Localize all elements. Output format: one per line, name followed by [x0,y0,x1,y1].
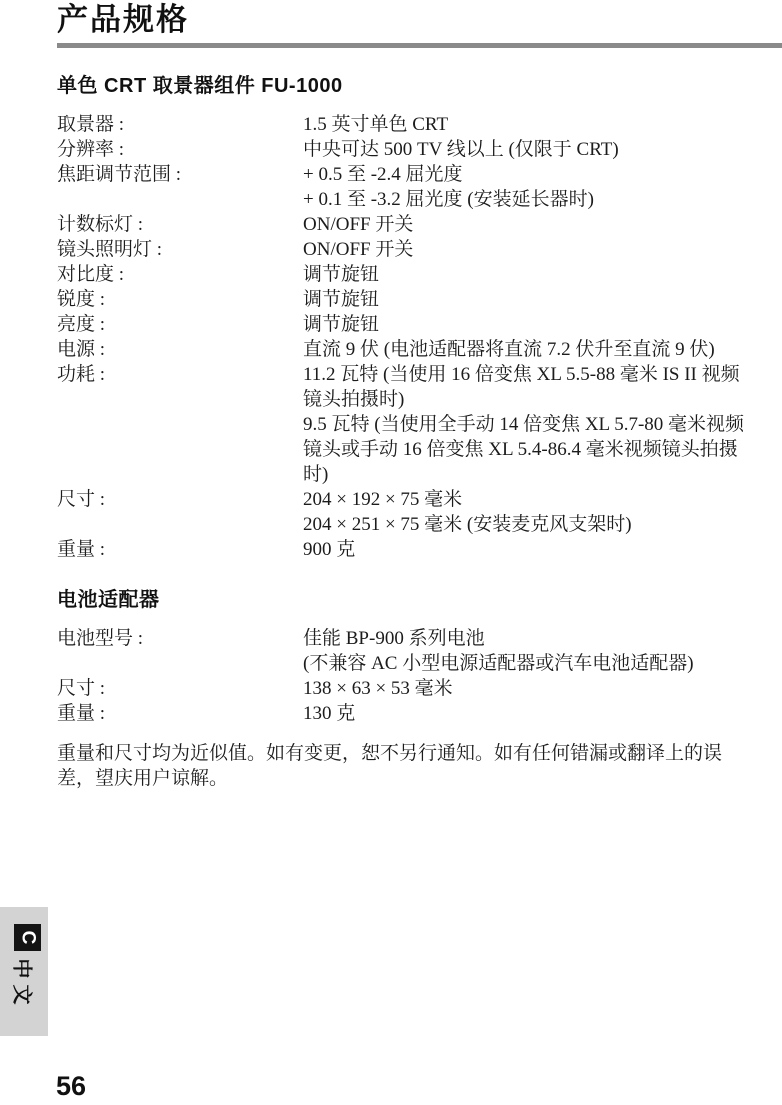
spec-label: 分辨率 : [57,137,303,162]
spec-values: 130 克 [303,701,780,726]
spec-row: 取景器 : 1.5 英寸单色 CRT [57,112,780,137]
spec-values: 调节旋钮 [303,287,780,312]
note: 重量和尺寸均为近似值。如有变更，恕不另行通知。如有任何错漏或翻译上的误差，望庆用… [0,741,782,791]
spec-row: 功耗 : 11.2 瓦特 (当使用 16 倍变焦 XL 5.5-88 毫米 IS… [57,362,780,487]
spec-row: 对比度 : 调节旋钮 [57,262,780,287]
spec-table: 电池型号 : 佳能 BP-900 系列电池(不兼容 AC 小型电源适配器或汽车电… [57,626,780,726]
spec-label: 镜头照明灯 : [57,237,303,262]
spec-label: 重量 : [57,701,303,726]
spec-row: 电源 : 直流 9 伏 (电池适配器将直流 7.2 伏升至直流 9 伏) [57,337,780,362]
spec-value-line: 时) [303,462,780,487]
title-rule [57,43,782,48]
spec-label: 电源 : [57,337,303,362]
spec-label: 尺寸 : [57,676,303,701]
spec-value-line: 204 × 251 × 75 毫米 (安装麦克风支架时) [303,512,780,537]
spec-value-line: 镜头或手动 16 倍变焦 XL 5.4-86.4 毫米视频镜头拍摄 [303,437,780,462]
spec-row: 电池型号 : 佳能 BP-900 系列电池(不兼容 AC 小型电源适配器或汽车电… [57,626,780,676]
language-tab-letter: C [18,931,37,945]
language-tab-label-wrap: 中文 [0,953,48,1015]
note-line: 重量和尺寸均为近似值。如有变更，恕不另行通知。如有任何错漏或翻译上的误 [57,741,782,766]
spec-values: + 0.5 至 -2.4 屈光度+ 0.1 至 -3.2 屈光度 (安装延长器时… [303,162,780,212]
spec-values: 11.2 瓦特 (当使用 16 倍变焦 XL 5.5-88 毫米 IS II 视… [303,362,780,487]
spec-value-line: + 0.5 至 -2.4 屈光度 [303,162,780,187]
spec-value-line: 130 克 [303,701,780,726]
spec-row: 亮度 : 调节旋钮 [57,312,780,337]
spec-row: 分辨率 : 中央可达 500 TV 线以上 (仅限于 CRT) [57,137,780,162]
spec-values: 中央可达 500 TV 线以上 (仅限于 CRT) [303,137,780,162]
spec-values: 佳能 BP-900 系列电池(不兼容 AC 小型电源适配器或汽车电池适配器) [303,626,780,676]
spec-row: 尺寸 : 204 × 192 × 75 毫米204 × 251 × 75 毫米 … [57,487,780,537]
spec-value-line: 11.2 瓦特 (当使用 16 倍变焦 XL 5.5-88 毫米 IS II 视… [303,362,780,387]
spec-value-line: 调节旋钮 [303,287,780,312]
spec-section: 电池适配器 电池型号 : 佳能 BP-900 系列电池(不兼容 AC 小型电源适… [57,588,780,726]
spec-value-line: ON/OFF 开关 [303,237,780,262]
page-title: 产品规格 [57,2,782,38]
spec-table: 取景器 : 1.5 英寸单色 CRT 分辨率 : 中央可达 500 TV 线以上… [57,112,780,562]
spec-label: 亮度 : [57,312,303,337]
note-line: 差，望庆用户谅解。 [57,766,782,791]
section-heading: 单色 CRT 取景器组件 FU-1000 [57,74,780,98]
spec-row: 重量 : 130 克 [57,701,780,726]
spec-values: ON/OFF 开关 [303,237,780,262]
spec-label: 锐度 : [57,287,303,312]
spec-sections: 单色 CRT 取景器组件 FU-1000 取景器 : 1.5 英寸单色 CRT … [0,74,782,726]
spec-value-line: (不兼容 AC 小型电源适配器或汽车电池适配器) [303,651,780,676]
language-tab-label: 中文 [10,958,39,1010]
spec-values: 1.5 英寸单色 CRT [303,112,780,137]
spec-value-line: 佳能 BP-900 系列电池 [303,626,780,651]
spec-label: 功耗 : [57,362,303,387]
spec-label: 尺寸 : [57,487,303,512]
spec-row: 镜头照明灯 : ON/OFF 开关 [57,237,780,262]
spec-values: 调节旋钮 [303,312,780,337]
spec-value-line: 调节旋钮 [303,262,780,287]
spec-label: 对比度 : [57,262,303,287]
spec-value-line: 镜头拍摄时) [303,387,780,412]
spec-values: 调节旋钮 [303,262,780,287]
manual-page: 产品规格 单色 CRT 取景器组件 FU-1000 取景器 : 1.5 英寸单色… [0,0,782,791]
spec-values: 204 × 192 × 75 毫米204 × 251 × 75 毫米 (安装麦克… [303,487,780,537]
spec-section: 单色 CRT 取景器组件 FU-1000 取景器 : 1.5 英寸单色 CRT … [57,74,780,562]
page-number: 56 [56,1071,86,1102]
spec-value-line: ON/OFF 开关 [303,212,780,237]
spec-row: 焦距调节范围 : + 0.5 至 -2.4 屈光度+ 0.1 至 -3.2 屈光… [57,162,780,212]
language-tab-letter-box: C [14,924,41,951]
spec-value-line: 138 × 63 × 53 毫米 [303,676,780,701]
spec-label: 焦距调节范围 : [57,162,303,187]
language-tab: C 中文 [0,907,48,1036]
spec-row: 计数标灯 : ON/OFF 开关 [57,212,780,237]
spec-value-line: 调节旋钮 [303,312,780,337]
spec-value-line: 9.5 瓦特 (当使用全手动 14 倍变焦 XL 5.7-80 毫米视频 [303,412,780,437]
spec-row: 重量 : 900 克 [57,537,780,562]
spec-label: 重量 : [57,537,303,562]
spec-row: 锐度 : 调节旋钮 [57,287,780,312]
spec-value-line: + 0.1 至 -3.2 屈光度 (安装延长器时) [303,187,780,212]
spec-values: ON/OFF 开关 [303,212,780,237]
section-heading: 电池适配器 [57,588,780,612]
spec-label: 计数标灯 : [57,212,303,237]
spec-label: 电池型号 : [57,626,303,651]
spec-value-line: 1.5 英寸单色 CRT [303,112,780,137]
spec-values: 138 × 63 × 53 毫米 [303,676,780,701]
spec-value-line: 900 克 [303,537,780,562]
spec-value-line: 直流 9 伏 (电池适配器将直流 7.2 伏升至直流 9 伏) [303,337,780,362]
header: 产品规格 [0,0,782,48]
spec-values: 直流 9 伏 (电池适配器将直流 7.2 伏升至直流 9 伏) [303,337,780,362]
spec-values: 900 克 [303,537,780,562]
spec-row: 尺寸 : 138 × 63 × 53 毫米 [57,676,780,701]
spec-value-line: 204 × 192 × 75 毫米 [303,487,780,512]
spec-value-line: 中央可达 500 TV 线以上 (仅限于 CRT) [303,137,780,162]
spec-label: 取景器 : [57,112,303,137]
